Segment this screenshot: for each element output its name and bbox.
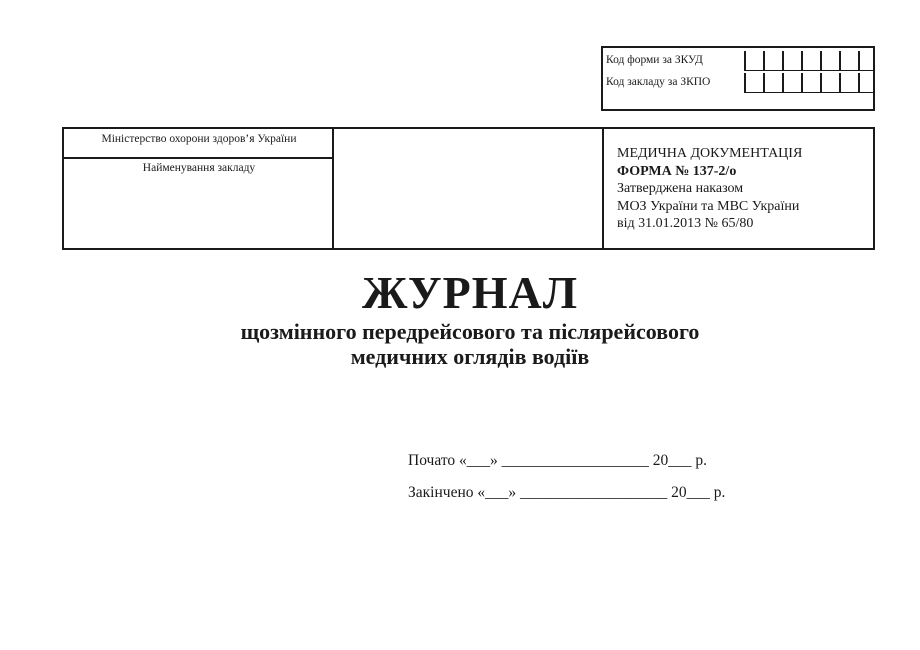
header-table: Міністерство охорони здоров’я України На… xyxy=(62,127,875,250)
column-divider xyxy=(332,129,334,248)
form-number: ФОРМА № 137-2/о xyxy=(617,163,867,181)
code-cell-border xyxy=(820,73,822,92)
column-divider xyxy=(602,129,604,248)
form-code-cells xyxy=(744,51,873,71)
institution-code-cells xyxy=(744,73,873,93)
ministry-name: Міністерство охорони здоров’я України xyxy=(64,133,334,145)
form-approving-bodies: МОЗ України та МВС України xyxy=(617,198,867,216)
code-cell-border xyxy=(782,51,784,70)
end-date-field: Закінчено «___» ___________________ 20__… xyxy=(408,484,725,502)
form-approved-by: Затверджена наказом xyxy=(617,180,867,198)
institution-code-label: Код закладу за ЗКПО xyxy=(606,76,710,88)
form-info-category: МЕДИЧНА ДОКУМЕНТАЦІЯ xyxy=(617,145,867,163)
start-date-field: Почато «___» ___________________ 20___ р… xyxy=(408,452,707,470)
code-cell-border xyxy=(801,51,803,70)
code-cell-border xyxy=(801,73,803,92)
code-cell-border xyxy=(820,51,822,70)
page-subtitle-line1: щозмінного передрейсового та післярейсов… xyxy=(0,320,920,344)
code-cell-border xyxy=(763,51,765,70)
row-divider xyxy=(64,157,334,159)
code-cell-border xyxy=(744,73,746,92)
code-cell-border xyxy=(858,51,860,70)
form-order-date: від 31.01.2013 № 65/80 xyxy=(617,215,867,233)
form-info: МЕДИЧНА ДОКУМЕНТАЦІЯ ФОРМА № 137-2/о Зат… xyxy=(617,145,867,233)
code-cell-border xyxy=(744,51,746,70)
code-cell-border xyxy=(839,73,841,92)
code-cell-border xyxy=(858,73,860,92)
code-cell-border xyxy=(763,73,765,92)
institution-name-label: Найменування закладу xyxy=(64,162,334,174)
form-code-box: Код форми за ЗКУД Код закладу за ЗКПО xyxy=(601,46,875,111)
code-cell-border xyxy=(839,51,841,70)
page-title: ЖУРНАЛ xyxy=(0,268,920,318)
code-cell-border xyxy=(782,73,784,92)
page-subtitle-line2: медичних оглядів водіїв xyxy=(0,345,920,369)
form-code-label: Код форми за ЗКУД xyxy=(606,54,703,66)
